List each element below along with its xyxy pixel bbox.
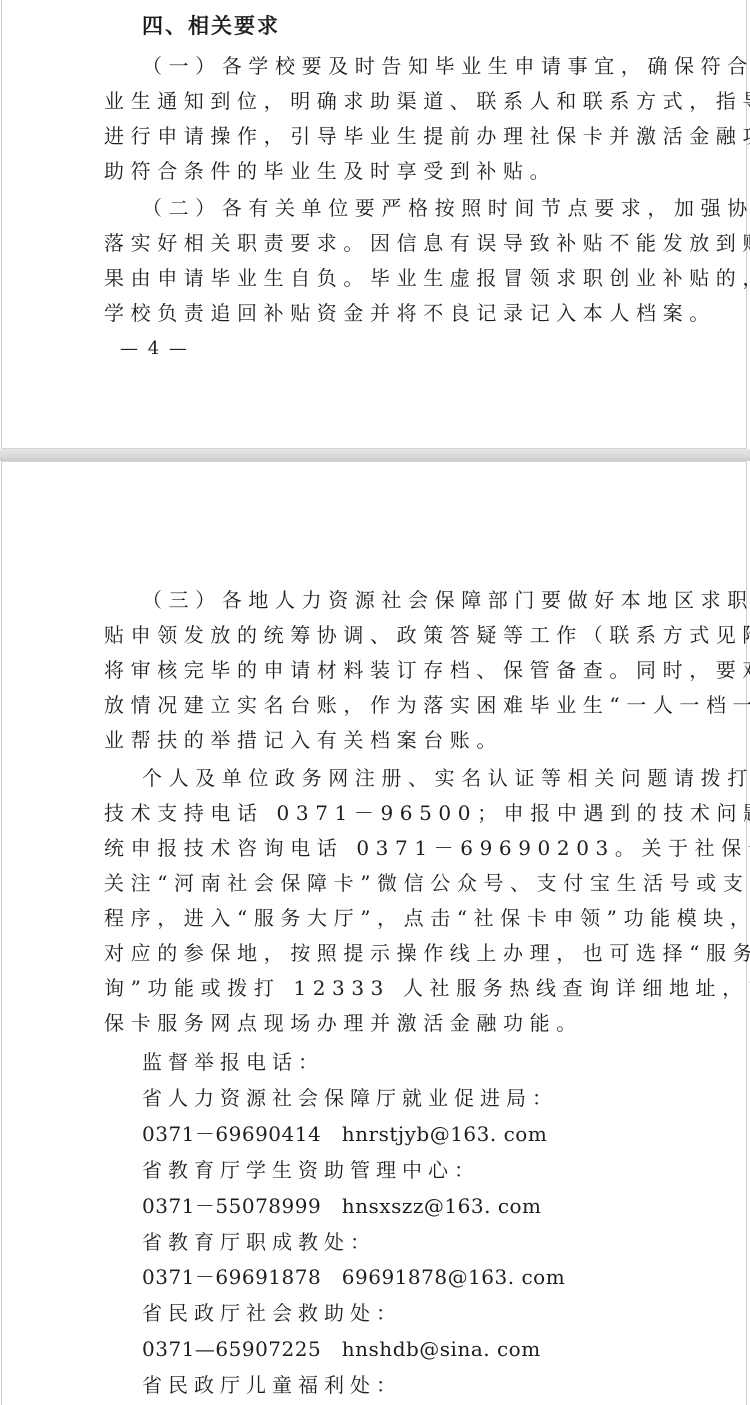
paragraph-3-line: 将审核完毕的申请材料装订存档、保管备查。同时，要对申领发 <box>104 658 664 682</box>
page-number: — 4 — <box>120 337 680 361</box>
paragraph-4-line: 个人及单位政务网注册、实名认证等相关问题请拨打政务网 <box>142 766 702 790</box>
contact-email: hnrstjyb@163. com <box>342 1122 548 1146</box>
paragraph-4-line: 关注“河南社会保障卡”微信公众号、支付宝生活号或支付宝小 <box>104 871 664 895</box>
paragraph-1-line: 助符合条件的毕业生及时享受到补贴。 <box>104 159 664 183</box>
paragraph-3-line: 贴申领发放的统筹协调、政策答疑等工作（联系方式见附件 1）， <box>104 623 664 647</box>
paragraph-2-line: 落实好相关职责要求。因信息有误导致补贴不能发放到账的，后 <box>104 231 664 255</box>
contact-phone: 0371—65907225 <box>142 1337 321 1361</box>
contact-phone: 0371－69691878 <box>142 1265 321 1289</box>
contact-org: 省教育厅职成教处： <box>142 1230 702 1254</box>
paragraph-4-line: 对应的参保地，按照提示操作线上办理，也可选择“服务网点查 <box>104 941 664 965</box>
contact-org: 省人力资源社会保障厅就业促进局： <box>142 1086 702 1110</box>
paragraph-4-line: 保卡服务网点现场办理并激活金融功能。 <box>104 1011 664 1035</box>
paragraph-3-line: （三）各地人力资源社会保障部门要做好本地区求职创业补 <box>142 588 702 612</box>
contact-phone: 0371－69690414 <box>142 1122 321 1146</box>
paragraph-4-line: 程序，进入“服务大厅”，点击“社保卡申领”功能模块，选择 <box>104 906 664 930</box>
page-separator <box>0 449 750 461</box>
contact-email: hnshdb@sina. com <box>342 1337 541 1361</box>
paragraph-2-line: （二）各有关单位要严格按照时间节点要求，加强协调配合， <box>142 196 702 220</box>
contact-line: 0371－69691878 69691878@163. com <box>142 1265 702 1289</box>
section-heading: 四、相关要求 <box>142 14 702 38</box>
contact-line: 0371—65907225 hnshdb@sina. com <box>142 1337 702 1361</box>
paragraph-1-line: 进行申请操作，引导毕业生提前办理社保卡并激活金融功能，帮 <box>104 124 664 148</box>
paragraph-2-line: 学校负责追回补贴资金并将不良记录记入本人档案。 <box>104 301 664 325</box>
contact-line: 0371－55078999 hnsxszz@163. com <box>142 1194 702 1218</box>
contact-line: 0371－69690414 hnrstjyb@163. com <box>142 1122 702 1146</box>
contact-org: 省教育厅学生资助管理中心： <box>142 1158 702 1182</box>
paragraph-1-line: （一）各学校要及时告知毕业生申请事宜，确保符合条件毕 <box>142 54 702 78</box>
contact-phone: 0371－55078999 <box>142 1194 321 1218</box>
document-page-4: 四、相关要求 （一）各学校要及时告知毕业生申请事宜，确保符合条件毕 业生通知到位… <box>1 0 747 449</box>
paragraph-1-line: 业生通知到位，明确求助渠道、联系人和联系方式，指导毕业生 <box>104 89 664 113</box>
paragraph-3-line: 放情况建立实名台账，作为落实困难毕业生“一人一档一策”就 <box>104 693 664 717</box>
contact-org: 省民政厅社会救助处： <box>142 1301 702 1325</box>
supervision-title: 监督举报电话： <box>142 1050 702 1074</box>
contact-org: 省民政厅儿童福利处： <box>142 1373 702 1397</box>
paragraph-4-line: 技术支持电话 0371－96500；申报中遇到的技术问题，请拨打系 <box>104 801 664 825</box>
paragraph-4-line: 统申报技术咨询电话 0371－69690203。关于社保卡办理问题可 <box>104 836 664 860</box>
paragraph-4-line: 询”功能或拨打 12333 人社服务热线查询详细地址，前往就近社 <box>104 976 664 1000</box>
document-page-5: （三）各地人力资源社会保障部门要做好本地区求职创业补 贴申领发放的统筹协调、政策… <box>1 461 747 1405</box>
contact-email: hnsxszz@163. com <box>342 1194 542 1218</box>
paragraph-2-line: 果由申请毕业生自负。毕业生虚报冒领求职创业补贴的，由所属 <box>104 266 664 290</box>
contact-email: 69691878@163. com <box>342 1265 565 1289</box>
paragraph-3-line: 业帮扶的举措记入有关档案台账。 <box>104 728 664 752</box>
